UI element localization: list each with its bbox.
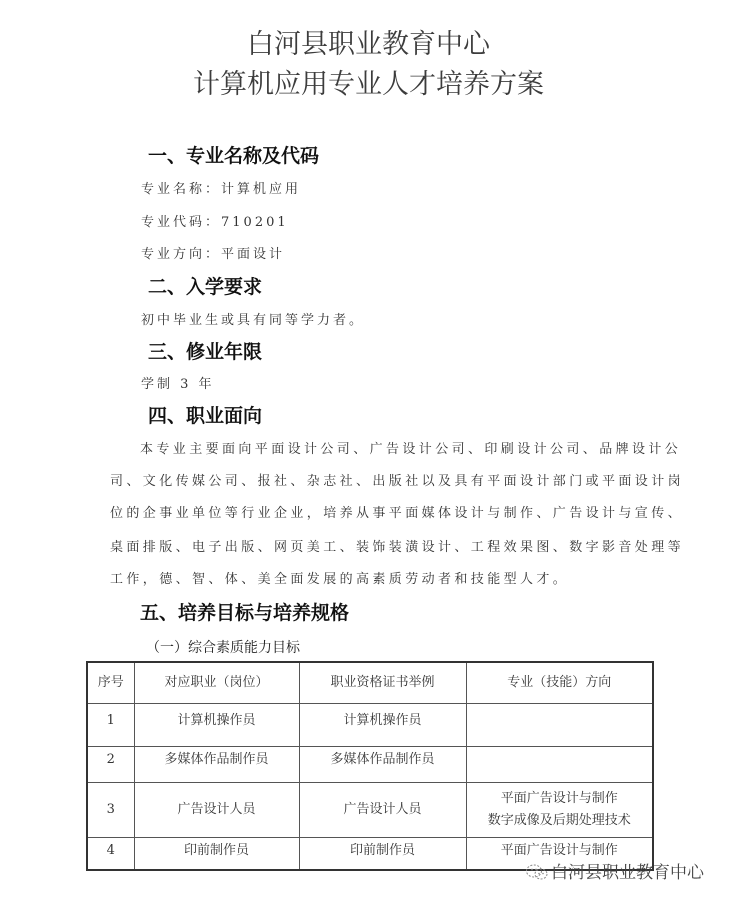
header-direction: 专业（技能）方向 — [466, 662, 653, 703]
cell-cert: 多媒体作品制作员 — [299, 746, 466, 782]
direction-line-1: 平面广告设计与制作 — [501, 843, 618, 858]
header-job: 对应职业（岗位） — [134, 662, 299, 703]
career-paragraph-line-1: 本专业主要面向平面设计公司、广告设计公司、印刷设计公司、品牌设计公 — [140, 438, 681, 457]
wechat-watermark: 白河县职业教育中心 — [525, 858, 704, 883]
career-paragraph-line-2: 司、文化传媒公司、报社、杂志社、出版社以及具有平面设计部门或平面设计岗 — [110, 470, 684, 489]
direction-line-2: 数字成像及后期处理技术 — [467, 810, 653, 832]
cell-job: 多媒体作品制作员 — [134, 746, 299, 782]
document-title-line1: 白河县职业教育中心 — [0, 22, 737, 61]
study-duration: 学制 3 年 — [141, 373, 215, 392]
subsection-heading: （一）综合素质能力目标 — [146, 637, 300, 657]
section-heading-2: 二、入学要求 — [148, 272, 262, 299]
career-paragraph-line-3: 位的企事业单位等行业企业，培养从事平面媒体设计与制作、广告设计与宣传、 — [110, 502, 684, 521]
cell-no: 3 — [87, 782, 134, 837]
section-heading-3: 三、修业年限 — [148, 337, 262, 364]
document-title-line2: 计算机应用专业人才培养方案 — [0, 62, 737, 101]
cell-no: 1 — [87, 703, 134, 746]
cell-cert: 计算机操作员 — [299, 703, 466, 746]
major-name-line: 专业名称：计算机应用 — [141, 178, 301, 197]
wechat-icon — [525, 863, 547, 879]
section-heading-4: 四、职业面向 — [148, 401, 262, 428]
header-cert: 职业资格证书举例 — [299, 662, 466, 703]
major-direction-line: 专业方向：平面设计 — [141, 243, 285, 262]
table-row: 2 多媒体作品制作员 多媒体作品制作员 — [87, 746, 653, 782]
major-code-line: 专业代码：710201 — [141, 211, 289, 230]
table-row: 1 计算机操作员 计算机操作员 — [87, 703, 653, 746]
cell-job: 广告设计人员 — [134, 782, 299, 837]
cell-job: 印前制作员 — [134, 837, 299, 870]
direction-line-1: 平面广告设计与制作 — [467, 788, 653, 810]
cell-no: 2 — [87, 746, 134, 782]
admission-requirement: 初中毕业生或具有同等学力者。 — [141, 309, 365, 328]
section-heading-1: 一、专业名称及代码 — [148, 141, 319, 168]
cell-direction — [466, 746, 653, 782]
watermark-text: 白河县职业教育中心 — [551, 858, 704, 883]
cell-no: 4 — [87, 837, 134, 870]
career-paragraph-line-4: 桌面排版、电子出版、网页美工、装饰装潢设计、工程效果图、数字影音处理等 — [110, 536, 684, 555]
occupation-table: 序号 对应职业（岗位） 职业资格证书举例 专业（技能）方向 1 计算机操作员 计… — [86, 661, 654, 871]
header-no: 序号 — [87, 662, 134, 703]
cell-cert: 广告设计人员 — [299, 782, 466, 837]
cell-cert: 印前制作员 — [299, 837, 466, 870]
cell-direction: 平面广告设计与制作 数字成像及后期处理技术 — [466, 782, 653, 837]
table-row: 3 广告设计人员 广告设计人员 平面广告设计与制作 数字成像及后期处理技术 — [87, 782, 653, 837]
cell-job: 计算机操作员 — [134, 703, 299, 746]
cell-direction — [466, 703, 653, 746]
section-heading-5: 五、培养目标与培养规格 — [140, 598, 349, 625]
table-header-row: 序号 对应职业（岗位） 职业资格证书举例 专业（技能）方向 — [87, 662, 653, 703]
career-paragraph-line-5: 工作，德、智、体、美全面发展的高素质劳动者和技能型人才。 — [110, 568, 569, 587]
